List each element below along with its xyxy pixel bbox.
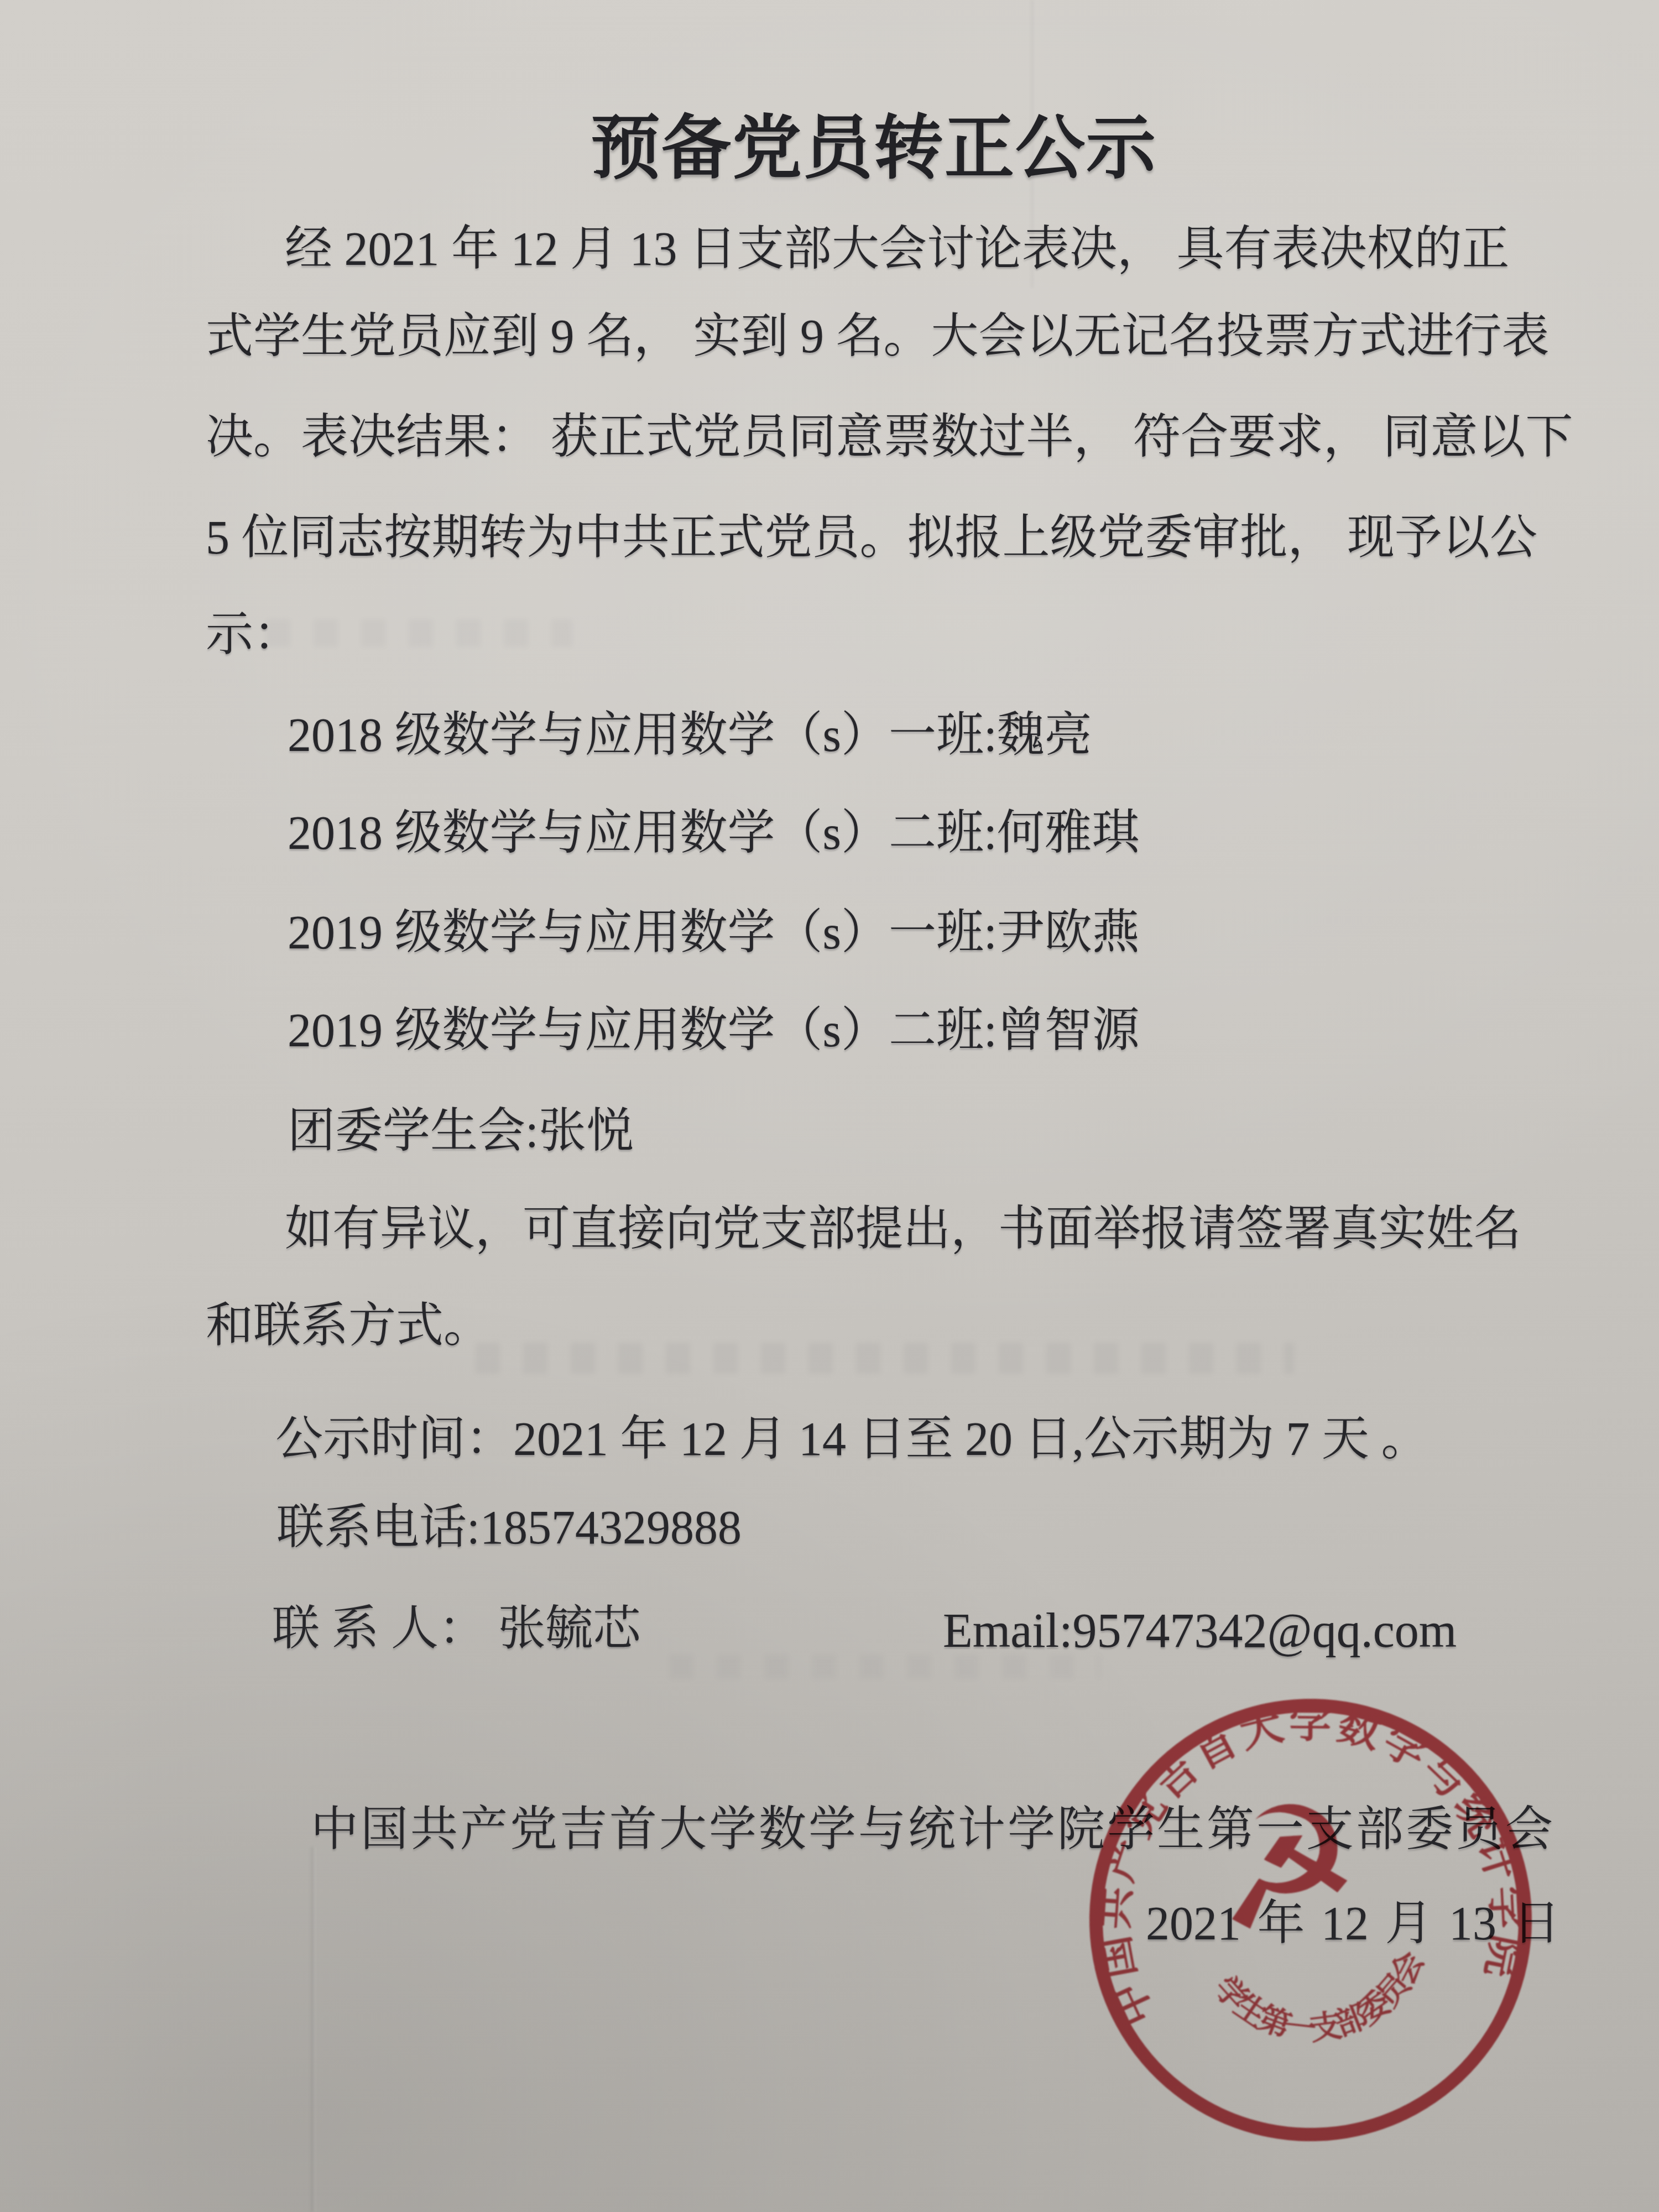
body-paragraph-line: 经 2021 年 12 月 13 日支部大会讨论表决， 具有表决权的正	[285, 221, 1510, 277]
objection-line: 和联系方式。	[206, 1298, 491, 1354]
member-list-item: 2018 级数学与应用数学（s）二班:何雅琪	[288, 805, 1140, 861]
photographed-document-page: 预备党员转正公示 经 2021 年 12 月 13 日支部大会讨论表决， 具有表…	[0, 0, 1659, 2212]
member-list-item: 团委学生会:张悦	[288, 1103, 634, 1159]
member-list-item: 2019 级数学与应用数学（s）二班:曾智源	[288, 1003, 1140, 1058]
hammer-sickle-icon: ☭	[1202, 1768, 1370, 1967]
contact-person-line: 联 系 人： 张毓芯	[272, 1601, 641, 1657]
body-paragraph-line: 5 位同志按期转为中共正式党员。拟报上级党委审批， 现予以公	[206, 510, 1537, 566]
member-list-item: 2019 级数学与应用数学（s）一班:尹欧燕	[288, 905, 1140, 961]
official-seal: 中国共产党吉首大学数学与统计学院 学生第一支部委员会 ☭	[1053, 1662, 1568, 2178]
body-paragraph-line: 式学生党员应到 9 名， 实到 9 名。大会以无记名投票方式进行表	[206, 309, 1550, 364]
objection-line: 如有异议，可直接向党支部提出，书面举报请签署真实姓名	[285, 1201, 1521, 1257]
document-title: 预备党员转正公示	[0, 108, 1659, 191]
body-paragraph-line: 决。表决结果： 获正式党员同意票数过半， 符合要求， 同意以下	[206, 409, 1573, 465]
contact-email: Email:95747342@qq.com	[943, 1603, 1457, 1660]
paper-crease	[310, 1847, 317, 2212]
notice-period-line: 公示时间：2021 年 12 月 14 日至 20 日,公示期为 7 天 。	[275, 1411, 1429, 1467]
member-list-item: 2018 级数学与应用数学（s）一班:魏亮	[288, 707, 1092, 763]
bleed-through-ghost	[476, 1343, 1294, 1374]
contact-phone-line: 联系电话:18574329888	[276, 1500, 742, 1556]
body-paragraph-line: 示：	[206, 607, 301, 662]
